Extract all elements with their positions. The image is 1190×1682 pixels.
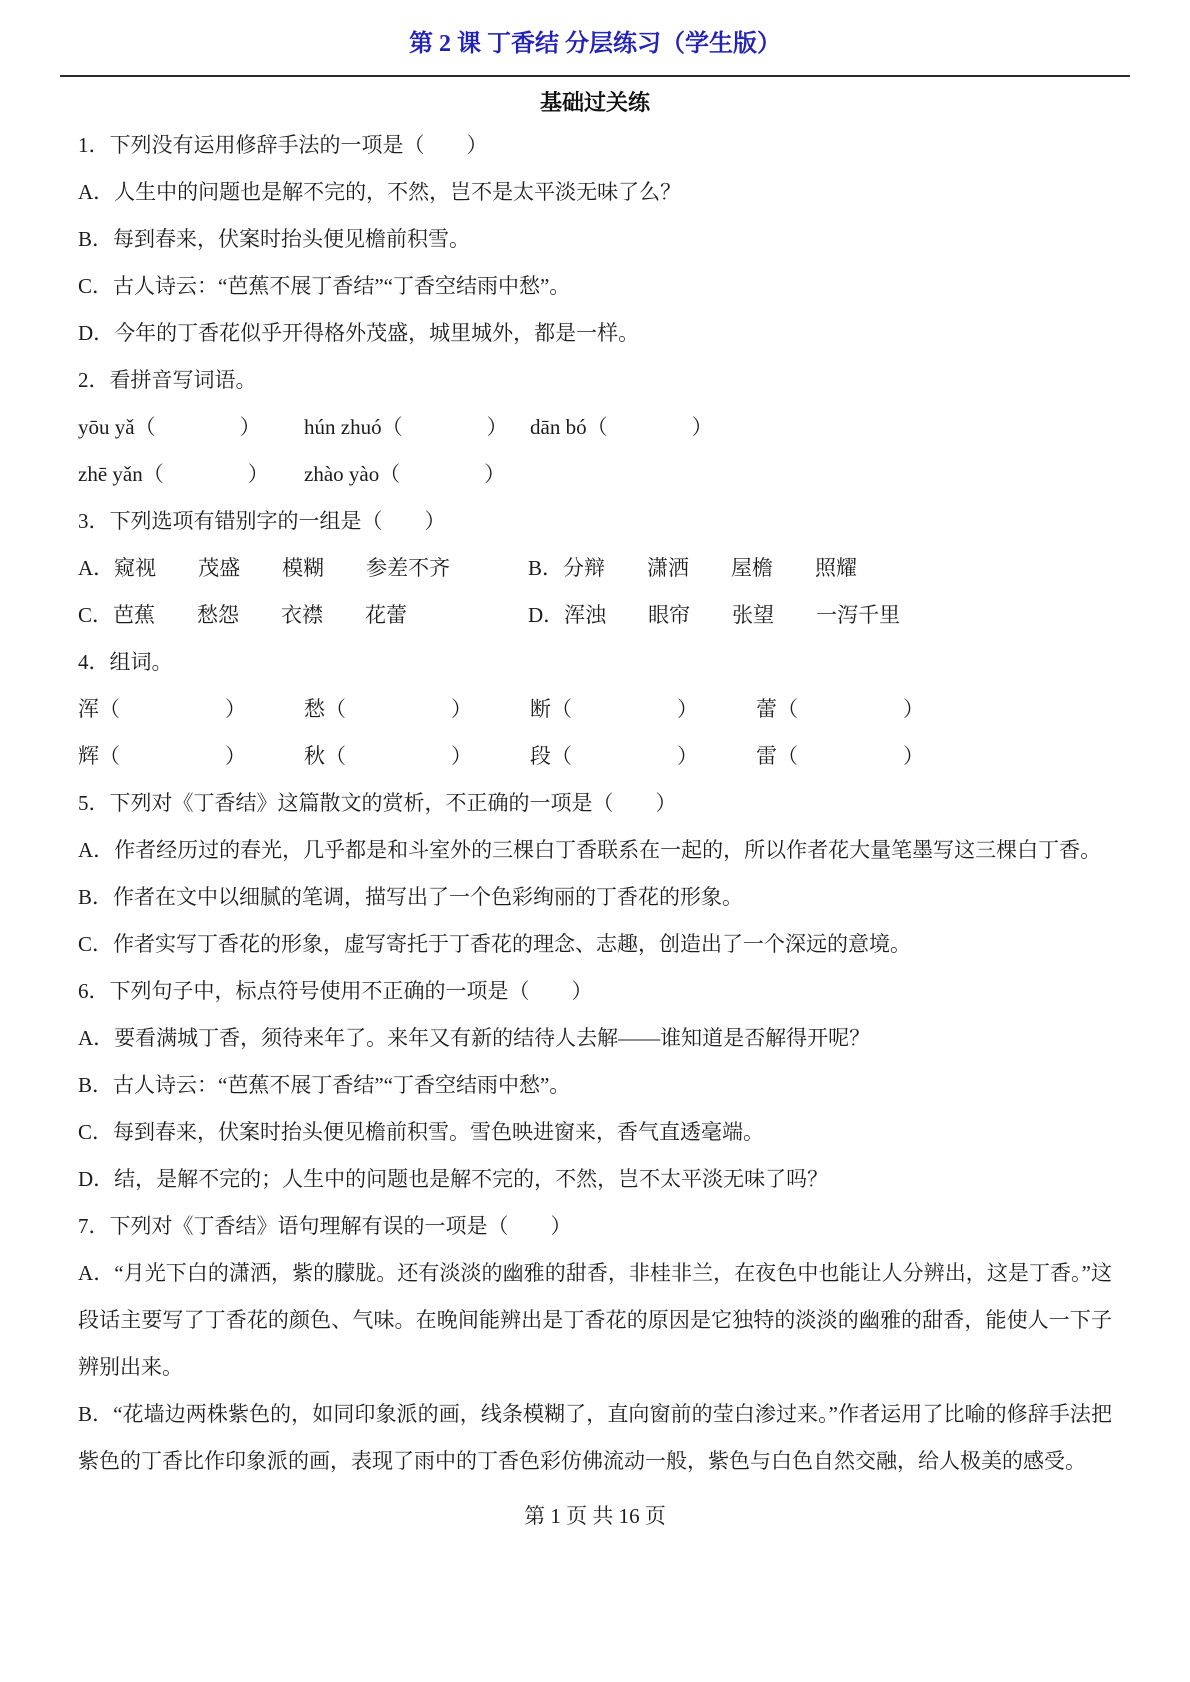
word-blank: 雷（ ） — [756, 733, 1112, 780]
worksheet-body: 1．下列没有运用修辞手法的一项是（ ） A．人生中的问题也是解不完的，不然，岂不… — [78, 122, 1112, 1485]
question-5-option-b: B．作者在文中以细腻的笔调，描写出了一个色彩绚丽的丁香花的形象。 — [78, 874, 1112, 921]
word-blank: 秋（ ） — [304, 733, 530, 780]
question-7-option-b: B．“花墙边两株紫色的，如同印象派的画，线条模糊了，直向窗前的莹白渗过来。”作者… — [78, 1391, 1112, 1485]
question-7-stem: 7．下列对《丁香结》语句理解有误的一项是（ ） — [78, 1203, 1112, 1250]
pinyin-blank: zhē yǎn（ ） — [78, 451, 304, 498]
question-2-pinyin-row-2: zhē yǎn（ ） zhào yào（ ） — [78, 451, 1112, 498]
question-1-option-b: B．每到春来，伏案时抬头便见檐前积雪。 — [78, 216, 1112, 263]
page-title: 第 2 课 丁香结 分层练习（学生版） — [0, 0, 1190, 58]
word-blank: 愁（ ） — [304, 686, 530, 733]
question-5-option-c: C．作者实写丁香花的形象，虚写寄托于丁香花的理念、志趣，创造出了一个深远的意境。 — [78, 921, 1112, 968]
question-1-option-a: A．人生中的问题也是解不完的，不然，岂不是太平淡无味了么？ — [78, 169, 1112, 216]
pinyin-blank: hún zhuó（ ） — [304, 404, 530, 451]
question-6-option-b: B．古人诗云：“芭蕉不展丁香结”“丁香空结雨中愁”。 — [78, 1062, 1112, 1109]
question-4-word-row-1: 浑（ ） 愁（ ） 断（ ） 蕾（ ） — [78, 686, 1112, 733]
question-3-option-a: A．窥视 茂盛 模糊 参差不齐 — [78, 545, 528, 592]
question-1-stem: 1．下列没有运用修辞手法的一项是（ ） — [78, 122, 1112, 169]
question-6-stem: 6．下列句子中，标点符号使用不正确的一项是（ ） — [78, 968, 1112, 1015]
question-6-option-a: A．要看满城丁香，须待来年了。来年又有新的结待人去解——谁知道是否解得开呢？ — [78, 1015, 1112, 1062]
question-5-option-a: A．作者经历过的春光，几乎都是和斗室外的三棵白丁香联系在一起的，所以作者花大量笔… — [78, 827, 1112, 874]
pinyin-blank: zhào yào（ ） — [304, 451, 1112, 498]
pinyin-blank: yōu yǎ（ ） — [78, 404, 304, 451]
word-blank: 段（ ） — [530, 733, 756, 780]
title-divider — [60, 75, 1130, 77]
question-2-pinyin-row-1: yōu yǎ（ ） hún zhuó（ ） dān bó（ ） — [78, 404, 1112, 451]
word-blank: 辉（ ） — [78, 733, 304, 780]
worksheet-page: 第 2 课 丁香结 分层练习（学生版） 基础过关练 1．下列没有运用修辞手法的一… — [0, 0, 1190, 1682]
question-1-option-c: C．古人诗云：“芭蕉不展丁香结”“丁香空结雨中愁”。 — [78, 263, 1112, 310]
page-footer: 第 1 页 共 16 页 — [0, 1501, 1190, 1531]
question-6-option-c: C．每到春来，伏案时抬头便见檐前积雪。雪色映进窗来，香气直透毫端。 — [78, 1109, 1112, 1156]
pinyin-blank: dān bó（ ） — [530, 404, 1112, 451]
question-3-option-c: C．芭蕉 愁怨 衣襟 花蕾 — [78, 592, 528, 639]
word-blank: 蕾（ ） — [756, 686, 1112, 733]
question-3-option-b: B．分辩 潇洒 屋檐 照耀 — [528, 545, 1112, 592]
question-4-word-row-2: 辉（ ） 秋（ ） 段（ ） 雷（ ） — [78, 733, 1112, 780]
question-1-option-d: D．今年的丁香花似乎开得格外茂盛，城里城外，都是一样。 — [78, 310, 1112, 357]
word-blank: 断（ ） — [530, 686, 756, 733]
question-3-options-row-1: A．窥视 茂盛 模糊 参差不齐 B．分辩 潇洒 屋檐 照耀 — [78, 545, 1112, 592]
question-2-stem: 2．看拼音写词语。 — [78, 357, 1112, 404]
section-heading: 基础过关练 — [0, 90, 1190, 116]
question-5-stem: 5．下列对《丁香结》这篇散文的赏析，不正确的一项是（ ） — [78, 780, 1112, 827]
word-blank: 浑（ ） — [78, 686, 304, 733]
question-6-option-d: D．结，是解不完的；人生中的问题也是解不完的，不然，岂不太平淡无味了吗？ — [78, 1156, 1112, 1203]
question-4-stem: 4．组词。 — [78, 639, 1112, 686]
question-7-option-a: A．“月光下白的潇洒，紫的朦胧。还有淡淡的幽雅的甜香，非桂非兰，在夜色中也能让人… — [78, 1250, 1112, 1391]
question-3-stem: 3．下列选项有错别字的一组是（ ） — [78, 498, 1112, 545]
question-3-option-d: D．浑浊 眼帘 张望 一泻千里 — [528, 592, 1112, 639]
question-3-options-row-2: C．芭蕉 愁怨 衣襟 花蕾 D．浑浊 眼帘 张望 一泻千里 — [78, 592, 1112, 639]
